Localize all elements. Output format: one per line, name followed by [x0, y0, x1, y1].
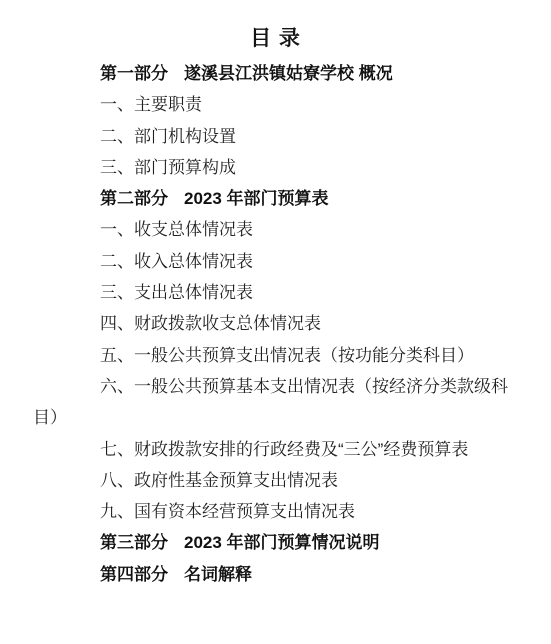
toc-item: 二、部门机构设置 [33, 121, 518, 152]
toc-item: 一、主要职责 [33, 89, 518, 120]
toc-part-2: 第二部分2023 年部门预算表 [33, 183, 518, 214]
part-label: 第二部分 [100, 189, 168, 208]
toc-part-4: 第四部分名词解释 [33, 559, 518, 590]
toc-item: 三、支出总体情况表 [33, 277, 518, 308]
toc-item: 八、政府性基金预算支出情况表 [33, 465, 518, 496]
toc-part-3: 第三部分2023 年部门预算情况说明 [33, 527, 518, 558]
part-label: 第一部分 [100, 64, 168, 83]
page-title: 目 录 [33, 22, 518, 56]
part-heading-text: 遂溪县江洪镇姑寮学校 概况 [184, 64, 393, 83]
part-heading-text: 2023 年部门预算表 [184, 189, 329, 208]
toc-item: 六、一般公共预算基本支出情况表（按经济分类款级科目） [33, 371, 518, 434]
toc-item: 二、收入总体情况表 [33, 246, 518, 277]
part-heading-text: 名词解释 [184, 565, 252, 584]
toc-item: 七、财政拨款安排的行政经费及“三公”经费预算表 [33, 434, 518, 465]
part-heading-text: 2023 年部门预算情况说明 [184, 533, 380, 552]
toc-item: 三、部门预算构成 [33, 152, 518, 183]
toc-item: 五、一般公共预算支出情况表（按功能分类科目） [33, 340, 518, 371]
toc-part-1: 第一部分遂溪县江洪镇姑寮学校 概况 [33, 58, 518, 89]
document-page: 目 录 第一部分遂溪县江洪镇姑寮学校 概况 一、主要职责 二、部门机构设置 三、… [0, 0, 551, 644]
toc-item: 九、国有资本经营预算支出情况表 [33, 496, 518, 527]
toc-item: 一、收支总体情况表 [33, 214, 518, 245]
toc-item: 四、财政拨款收支总体情况表 [33, 308, 518, 339]
part-label: 第三部分 [100, 533, 168, 552]
part-label: 第四部分 [100, 565, 168, 584]
